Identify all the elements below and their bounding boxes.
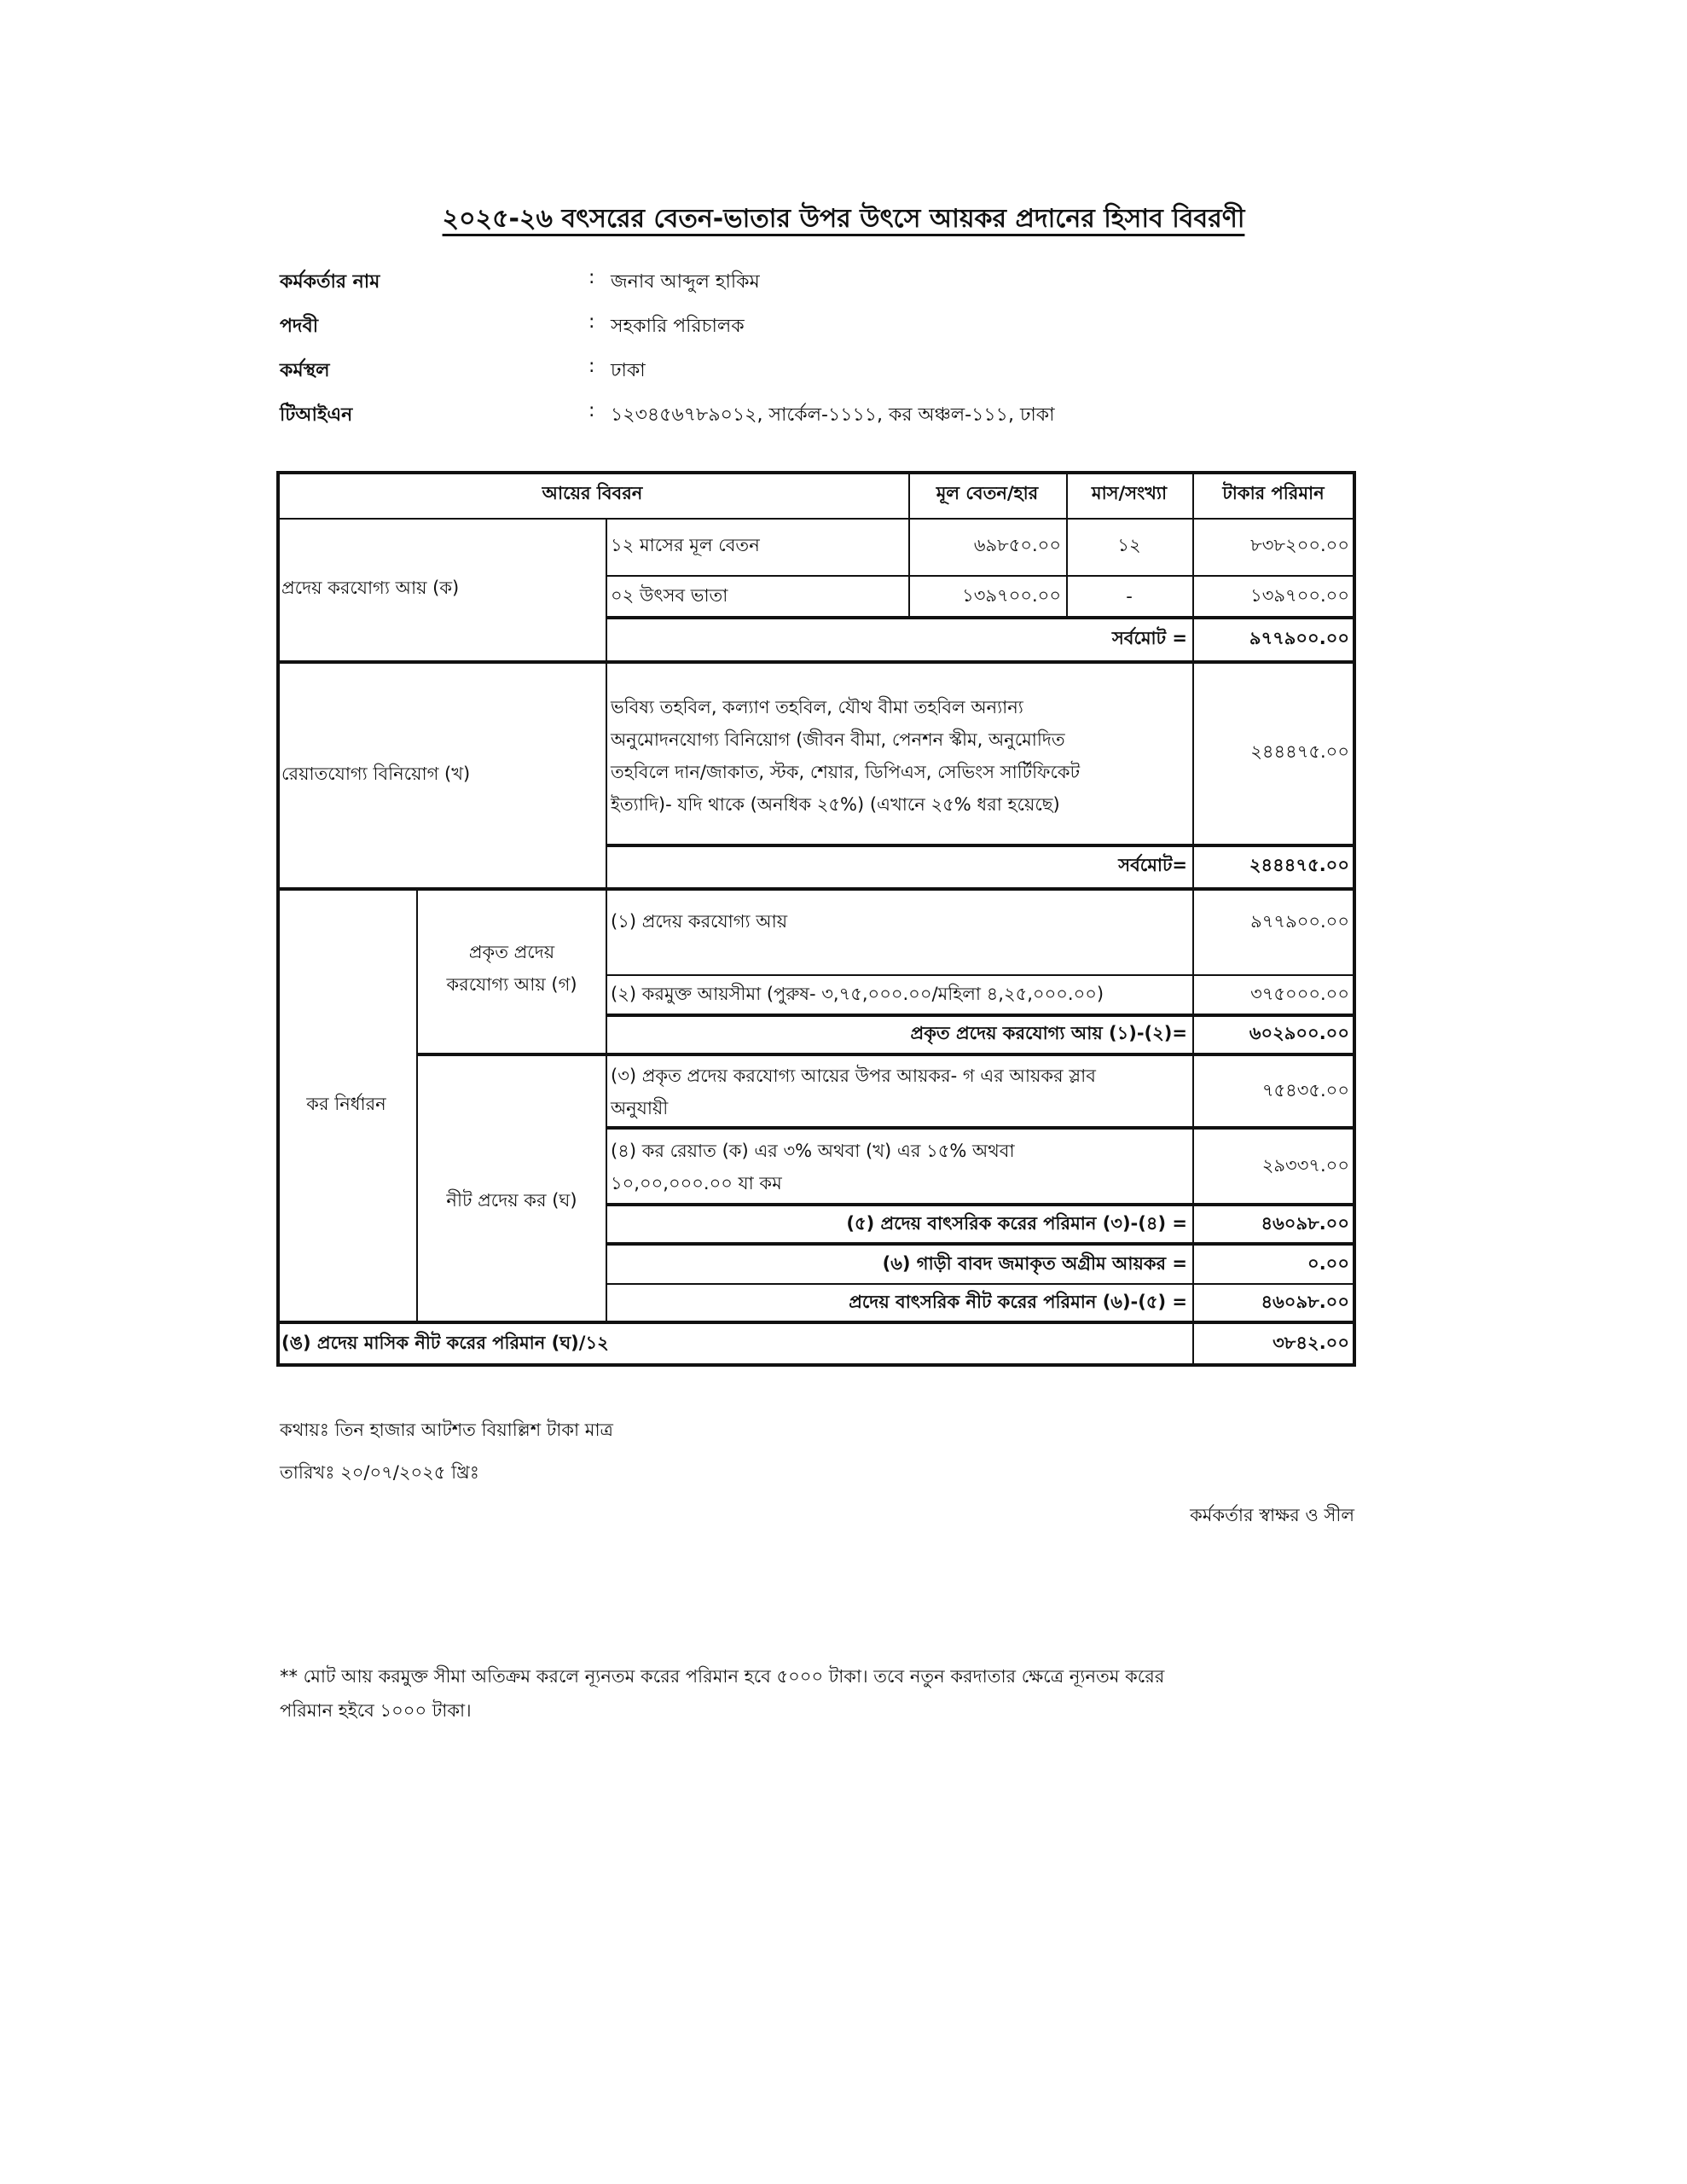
row-annual-tax-amount: ৪৬০৯৮.০০ [1192, 1206, 1354, 1242]
row-taxable-income-amount: ৯৭৭৯০০.০০ [1192, 891, 1354, 974]
section-ga-total-label: প্রকৃত প্রদেয় করযোগ্য আয় (১)-(২)= [606, 1015, 1192, 1053]
section-ga-total: ৬০২৯০০.০০ [1192, 1015, 1354, 1053]
section-kha-label: রেয়াতযোগ্য বিনিয়োগ (খ) [276, 662, 606, 887]
officer-name-value: জনাব আব্দুল হাকিম [611, 267, 760, 299]
row-festival-allowance-rate: ১৩৯৭০০.০০ [908, 575, 1066, 618]
monthly-tax-label: (ঙ) প্রদেয় মাসিক নীট করের পরিমান (ঘ)/১২ [276, 1324, 1192, 1363]
header-description: আয়ের বিবরন [276, 471, 908, 518]
colon: : [588, 356, 594, 377]
workplace-label: কর্মস্থল [280, 356, 330, 387]
row-basic-salary-amount: ৮৩৮২০০.০০ [1192, 518, 1354, 575]
tax-calculation-table: আয়ের বিবরন মূল বেতন/হার মাস/সংখ্যা টাকা… [276, 471, 1354, 1365]
row-tax-rebate-amount: ২৯৩৩৭.০০ [1192, 1130, 1354, 1203]
row-festival-allowance-amount: ১৩৯৭০০.০০ [1192, 575, 1354, 618]
row-advance-tax-label: (৬) গাড়ী বাবদ জমাকৃত অগ্রীম আয়কর = [606, 1246, 1192, 1283]
colon: : [588, 267, 594, 288]
tin-label: টিআইএন [280, 400, 352, 432]
officer-name-label: কর্মকর্তার নাম [280, 267, 380, 299]
monthly-tax-amount: ৩৮৪২.০০ [1192, 1324, 1354, 1363]
row-income-tax-item: (৩) প্রকৃত প্রদেয় করযোগ্য আয়ের উপর আয়… [611, 1060, 1191, 1124]
date: তারিখঃ ২০/০৭/২০২৫ খ্রিঃ [280, 1459, 479, 1489]
header-basic-rate: মূল বেতন/হার [908, 471, 1066, 518]
tin-value: ১২৩৪৫৬৭৮৯০১২, সার্কেল-১১১১, কর অঞ্চল-১১১… [611, 400, 1055, 432]
section-kha-amount: ২৪৪৪৭৫.০০ [1192, 662, 1354, 844]
section-gha-label: নীট প্রদেয় কর (ঘ) [418, 1184, 606, 1218]
row-tax-rebate-item: (৪) কর রেয়াত (ক) এর ৩% অথবা (খ) এর ১৫% … [611, 1135, 1191, 1199]
row-advance-tax-amount: ০.০০ [1192, 1246, 1354, 1283]
designation-label: পদবী [280, 311, 318, 343]
signature-label: কর্মকর্তার স্বাক্ষর ও সীল [1190, 1501, 1354, 1531]
page-title: ২০২৫-২৬ বৎসরের বেতন-ভাতার উপর উৎসে আয়কর… [0, 198, 1687, 241]
row-tax-free-limit-amount: ৩৭৫০০০.০০ [1192, 976, 1354, 1014]
row-basic-salary-count: ১২ [1066, 518, 1192, 575]
row-taxable-income-item: (১) প্রদেয় করযোগ্য আয় [606, 891, 1192, 974]
row-basic-salary-rate: ৬৯৮৫০.০০ [908, 518, 1066, 575]
row-festival-allowance-count: - [1066, 575, 1192, 618]
section-kha-total: ২৪৪৪৭৫.০০ [1192, 845, 1354, 887]
section-kha-description: ভবিষ্য তহবিল, কল্যাণ তহবিল, যৌথ বীমা তহব… [611, 691, 1191, 821]
section-ka-total: ৯৭৭৯০০.০০ [1192, 618, 1354, 660]
designation-value: সহকারি পরিচালক [611, 311, 745, 343]
row-festival-allowance-item: ০২ উৎসব ভাতা [606, 575, 908, 618]
colon: : [588, 311, 594, 333]
workplace-value: ঢাকা [611, 356, 646, 387]
section-tax-label: কর নির্ধারন [276, 889, 416, 1321]
amount-in-words: কথায়ঃ তিন হাজার আটশত বিয়াল্লিশ টাকা মা… [280, 1416, 613, 1446]
row-basic-salary-item: ১২ মাসের মূল বেতন [606, 518, 908, 575]
row-net-annual-tax-label: প্রদেয় বাৎসরিক নীট করের পরিমান (৬)-(৫) … [606, 1285, 1192, 1321]
colon: : [588, 400, 594, 421]
section-ga-label: প্রকৃত প্রদেয় করযোগ্য আয় (গ) [418, 936, 606, 1001]
section-ka-label: প্রদেয় করযোগ্য আয় (ক) [276, 518, 606, 660]
header-month-count: মাস/সংখ্যা [1066, 471, 1192, 518]
row-annual-tax-label: (৫) প্রদেয় বাৎসরিক করের পরিমান (৩)-(৪) … [606, 1206, 1192, 1242]
row-income-tax-amount: ৭৫৪৩৫.০০ [1192, 1056, 1354, 1126]
section-ka-total-label: সর্বমোট = [606, 618, 1192, 660]
header-amount: টাকার পরিমান [1192, 471, 1354, 518]
section-kha-total-label: সর্বমোট= [606, 845, 1192, 887]
row-net-annual-tax-amount: ৪৬০৯৮.০০ [1192, 1285, 1354, 1321]
footnote: ** মোট আয় করমুক্ত সীমা অতিক্রম করলে ন্য… [280, 1659, 1371, 1728]
row-tax-free-limit-item: (২) করমুক্ত আয়সীমা (পুরুষ- ৩,৭৫,০০০.০০/… [606, 976, 1192, 1014]
